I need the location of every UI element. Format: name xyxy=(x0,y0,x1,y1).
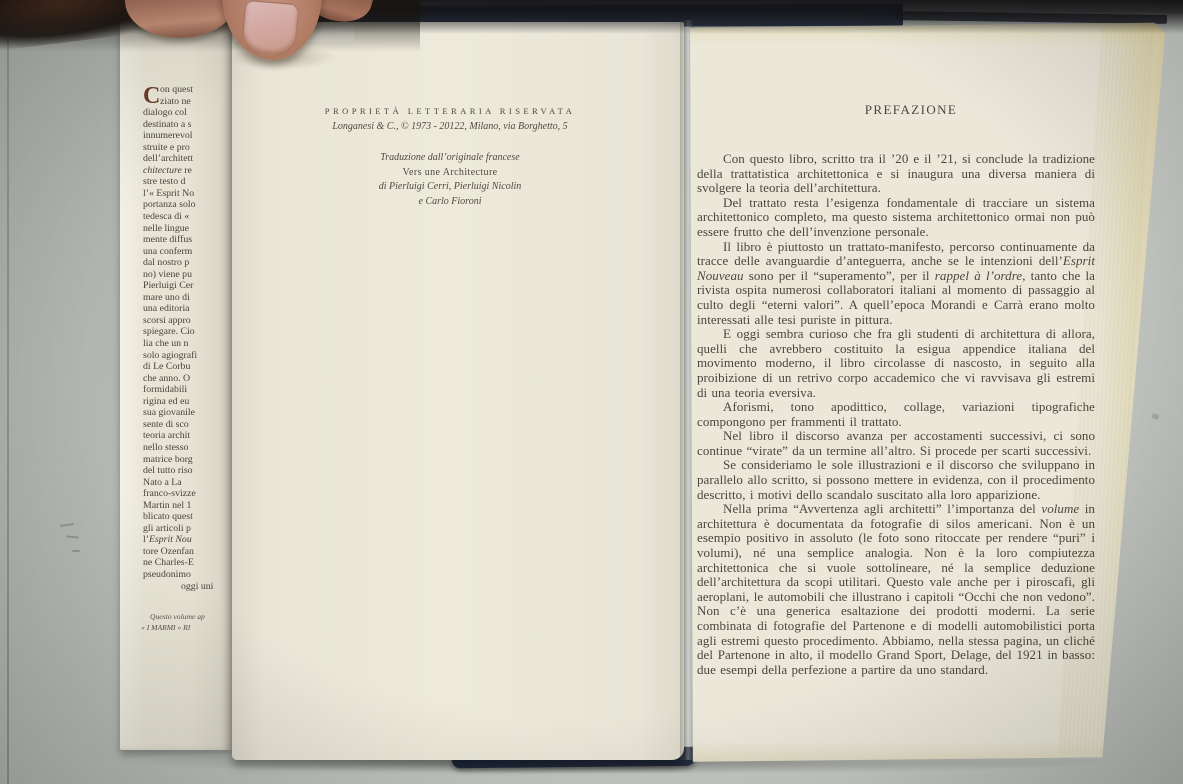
flap-text-line: ne Charles-E xyxy=(143,557,233,569)
flap-text-line: stre testo d xyxy=(143,176,233,188)
flap-text-line: mare uno di xyxy=(143,292,233,304)
flap-text-line: blicato quest xyxy=(143,511,233,523)
flap-text-line: innumerevol xyxy=(143,130,233,142)
flap-text-line: ziato ne xyxy=(160,96,233,108)
flap-text-line: di Le Corbu xyxy=(143,361,233,373)
flap-text-line: dal nostro p xyxy=(143,257,233,269)
preface-paragraph: E oggi sembra curioso che fra gli studen… xyxy=(697,327,1095,400)
flap-text-line: franco-svizze xyxy=(143,488,233,500)
publisher-line: Longanesi & C., © 1973 - 20122, Milano, … xyxy=(318,121,582,132)
preface-page: PREFAZIONE Con questo libro, scritto tra… xyxy=(690,16,1165,764)
credit-line: di Pierluigi Cerri, Pierluigi Nicolin xyxy=(318,180,582,195)
flap-text-line: nello stesso xyxy=(143,442,233,454)
flap-text-line: sente di sco xyxy=(143,419,233,431)
preface-title: PREFAZIONE xyxy=(727,102,1095,118)
flap-text-line: Pierluigi Cer xyxy=(143,280,233,292)
copyright-page: PROPRIETÀ LETTERARIA RISERVATA Longanesi… xyxy=(232,22,684,760)
flap-footer-line: Questo volume ap xyxy=(150,612,233,623)
preface-paragraphs: Con questo libro, scritto tra il ’20 e i… xyxy=(697,152,1095,677)
imprint-block: PROPRIETÀ LETTERARIA RISERVATA Longanesi… xyxy=(318,106,582,209)
flap-text-line: chitecture re xyxy=(143,165,233,177)
preface-paragraph: Del trattato resta l’esigenza fondamenta… xyxy=(697,196,1095,240)
flap-text-line: l’« Esprit No xyxy=(143,188,233,200)
flap-text-line: del tutto riso xyxy=(143,465,233,477)
flap-text-line: Nato a La xyxy=(143,477,233,489)
flap-text-line: sua giovanile xyxy=(143,407,233,419)
flap-text-line: oggi uni xyxy=(181,581,233,593)
flap-text-line: l’Esprit Nou xyxy=(143,534,233,546)
flap-text-line: teoria archit xyxy=(143,430,233,442)
flap-text-line: mente diffus xyxy=(143,234,233,246)
copyright-notice: PROPRIETÀ LETTERARIA RISERVATA xyxy=(318,106,582,116)
credit-line: e Carlo Fioroni xyxy=(318,195,582,210)
flap-text-line: Martin nel 1 xyxy=(143,500,233,512)
flap-text-line: scorsi appro xyxy=(143,315,233,327)
pencil-marks xyxy=(52,522,82,562)
preface-paragraph: Nel libro il discorso avanza per accosta… xyxy=(697,429,1095,458)
flap-text-line: dialogo col xyxy=(143,107,233,119)
flap-text-line: struite e pro xyxy=(143,142,233,154)
book-photo: C on questziato nedialogo coldestinato a… xyxy=(0,0,1183,784)
flap-text-line: portanza solo xyxy=(143,199,233,211)
flap-text-line: lia che un n xyxy=(143,338,233,350)
flap-text-line: on quest xyxy=(160,84,233,96)
flap-series-note: Questo volume ap« I MARMI » RI xyxy=(141,612,233,633)
flap-footer-line: « I MARMI » RI xyxy=(141,623,233,634)
flap-blurb-text: on questziato nedialogo coldestinato a s… xyxy=(143,84,233,592)
flap-text-line: una editoria xyxy=(143,303,233,315)
preface-paragraph: Se consideriamo le sole illustrazioni e … xyxy=(697,458,1095,502)
flap-text-line: gli articoli p xyxy=(143,523,233,535)
dust-jacket-flap: C on questziato nedialogo coldestinato a… xyxy=(120,6,234,750)
table-edge-line xyxy=(7,0,9,784)
flap-text-line: solo agiografi xyxy=(143,350,233,362)
flap-text-line: no) viene pu xyxy=(143,269,233,281)
preface-paragraph: Il libro è piuttosto un trattato-manifes… xyxy=(697,240,1095,328)
credit-line: Traduzione dall’originale francese xyxy=(318,151,582,166)
flap-text-line: formidabili xyxy=(143,384,233,396)
preface-text-block: PREFAZIONE Con questo libro, scritto tra… xyxy=(697,102,1095,677)
credit-line: Vers une Architecture xyxy=(318,166,582,181)
flap-text-line: che anno. O xyxy=(143,373,233,385)
flap-text-line: rigina ed eu xyxy=(143,396,233,408)
preface-paragraph: Nella prima “Avvertenza agli architetti”… xyxy=(697,502,1095,677)
flap-text-line: destinato a s xyxy=(143,119,233,131)
flap-text-line: dell’architett xyxy=(143,153,233,165)
flap-text-line: una conferm xyxy=(143,246,233,258)
preface-paragraph: Aforismi, tono apodittico, collage, vari… xyxy=(697,400,1095,429)
preface-paragraph: Con questo libro, scritto tra il ’20 e i… xyxy=(697,152,1095,196)
translation-credits: Traduzione dall’originale franceseVers u… xyxy=(318,151,582,209)
flap-text-line: tedesca di « xyxy=(143,211,233,223)
flap-text-line: tore Ozenfan xyxy=(143,546,233,558)
flap-text-line: pseudonimo xyxy=(143,569,233,581)
flap-text-line: matrice borg xyxy=(143,454,233,466)
flap-text-line: nelle lingue xyxy=(143,223,233,235)
flap-text-line: spiegare. Cio xyxy=(143,326,233,338)
background-speck xyxy=(1151,413,1159,420)
